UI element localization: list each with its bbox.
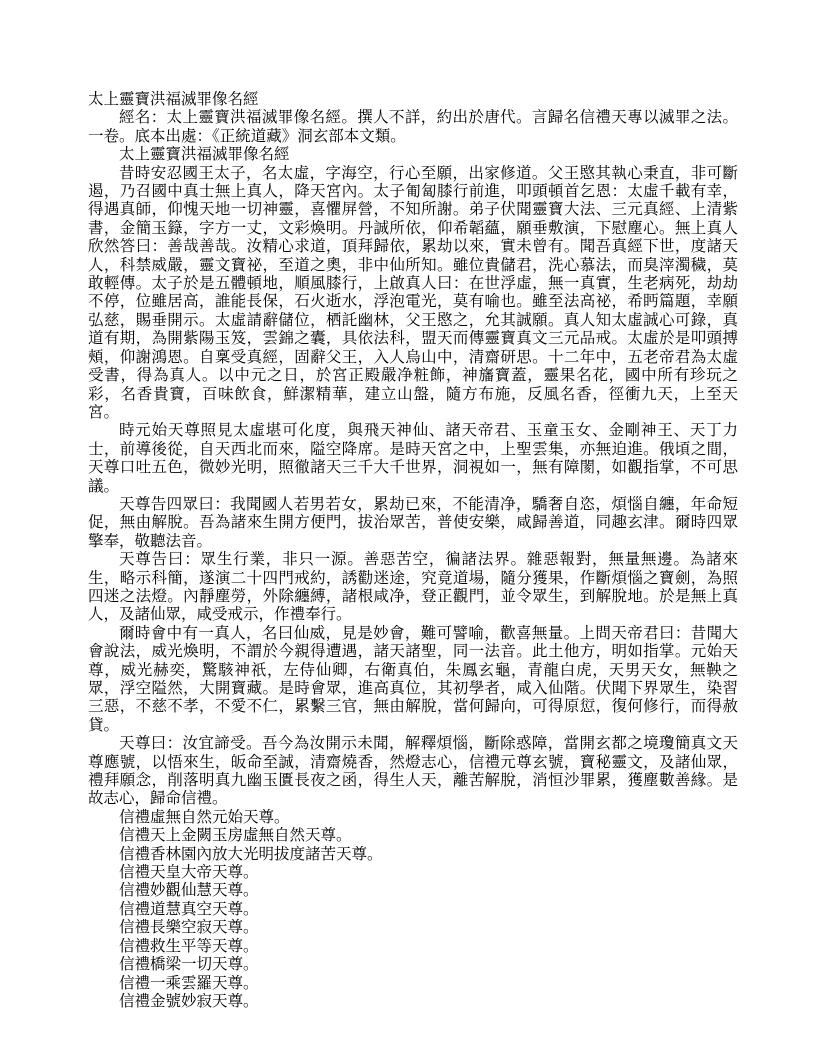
bibliographic-note: 經名：太上靈寶洪福滅罪像名經。撰人不詳，約出於唐代。言歸名信禮天專以滅罪之法。一…: [88, 108, 738, 145]
homage-line: 信禮香林園內放大光明拔度諸苦天尊。: [88, 845, 738, 863]
homage-line: 信禮救生平等天尊。: [88, 937, 738, 955]
paragraph-taixu-story: 昔時安忍國王太子，名太虛，字海空，行心至願，出家修道。父王愍其執心秉直，非可斷遏…: [88, 164, 738, 422]
homage-line: 信禮妙觀仙慧天尊。: [88, 881, 738, 899]
paragraph-xianwei-question: 爾時會中有一真人，名曰仙威，見是妙會，難可譬喻，歡喜無量。上問天帝君曰：昔聞大會…: [88, 624, 738, 734]
homage-line: 信禮道慧真空天尊。: [88, 900, 738, 918]
homage-line: 信禮長樂空寂天尊。: [88, 918, 738, 936]
paragraph-tianzun-answer: 天尊曰：汝宜諦受。吾今為汝開示未聞，解釋煩惱，斷除惑障，當開玄都之境瓊簡真文天尊…: [88, 734, 738, 808]
paragraph-tianzun-tells-four: 天尊告四眾曰：我聞國人若男若女，累劫已來，不能清净，驕奢自恣，煩惱自纏，年命短促…: [88, 495, 738, 550]
scripture-title: 太上靈寶洪福滅罪像名經: [88, 145, 738, 163]
homage-line: 信禮天皇大帝天尊。: [88, 863, 738, 881]
homage-line: 信禮虛無自然元始天尊。: [88, 808, 738, 826]
homage-line: 信禮天上金闕玉房虛無自然天尊。: [88, 826, 738, 844]
homage-line: 信禮橋梁一切天尊。: [88, 955, 738, 973]
homage-line: 信禮金號妙寂天尊。: [88, 992, 738, 1010]
homage-line: 信禮一乘雲羅天尊。: [88, 974, 738, 992]
paragraph-tianzun-precepts: 天尊告曰：眾生行業，非只一源。善惡苦空，徧諸法界。雜惡報對，無量無邊。為諸來生，…: [88, 550, 738, 624]
paragraph-tianzun-descends: 時元始天尊照見太虛堪可化度，與飛天神仙、諸天帝君、玉童玉女、金剛神王、天丁力士，…: [88, 421, 738, 495]
document-title: 太上靈寶洪福滅罪像名經: [88, 90, 738, 108]
document-page: 太上靈寶洪福滅罪像名經 經名：太上靈寶洪福滅罪像名經。撰人不詳，約出於唐代。言歸…: [88, 90, 738, 1010]
